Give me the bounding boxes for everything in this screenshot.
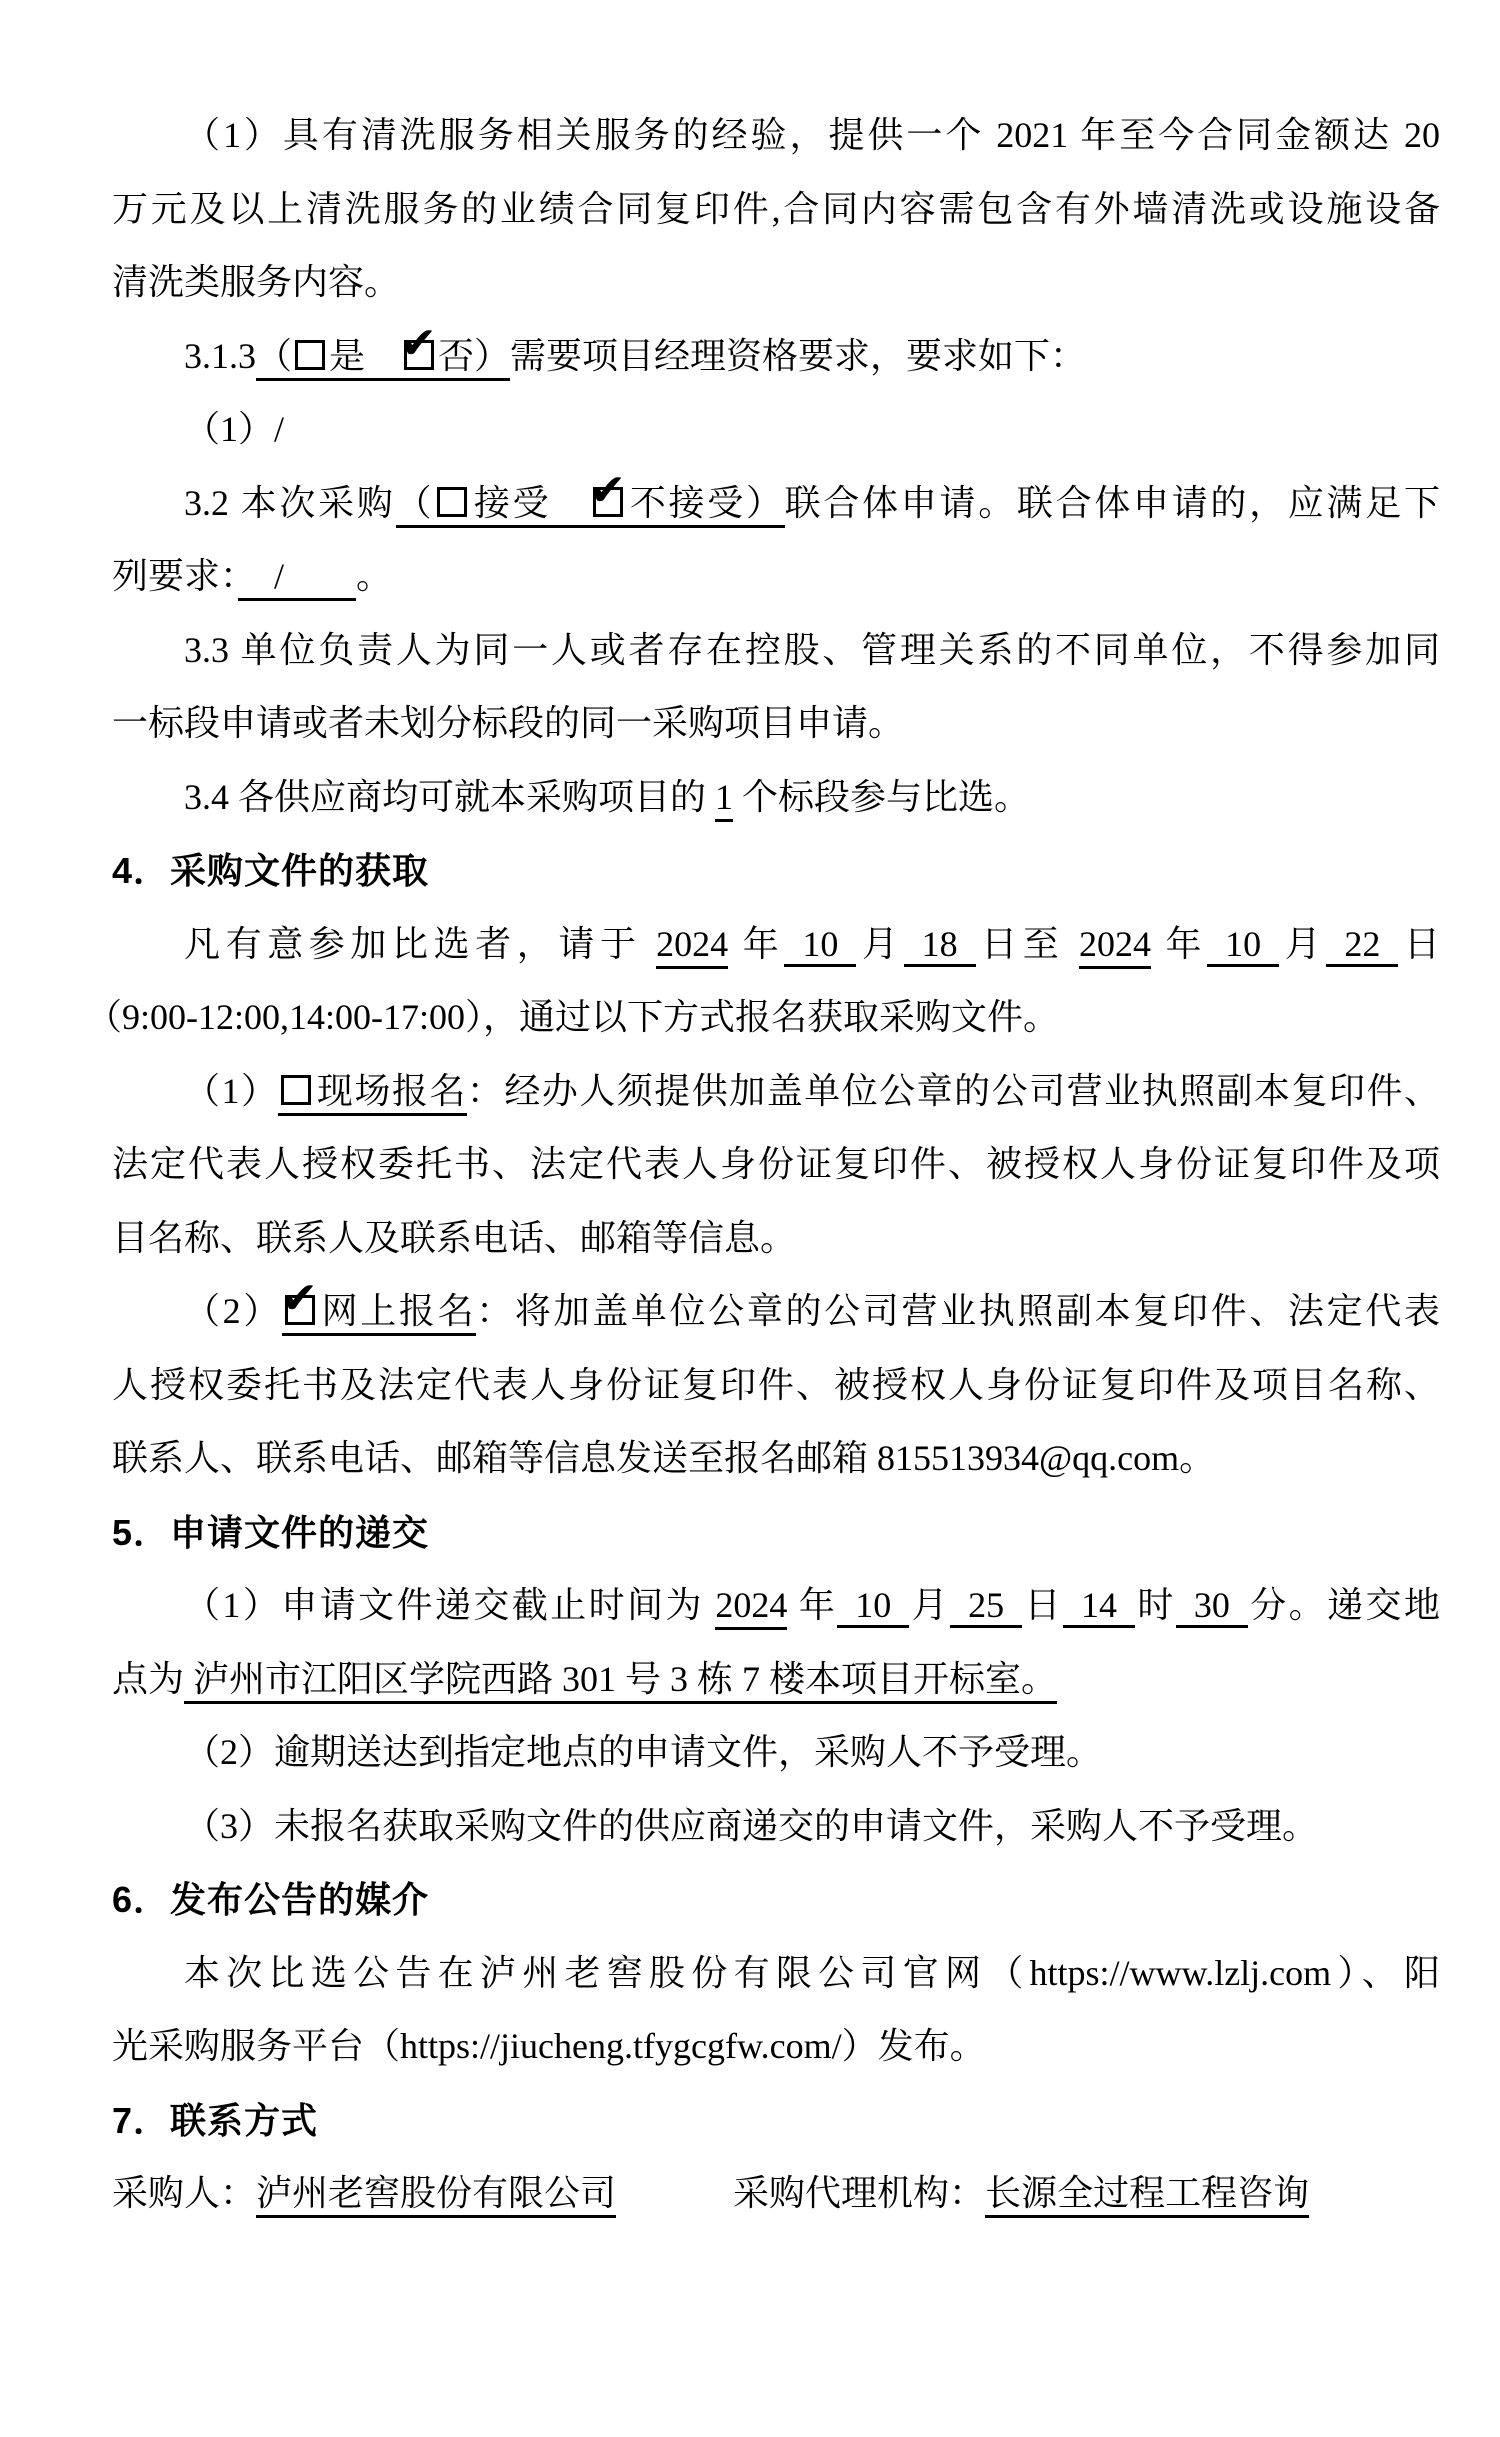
- text-run: 3.2 本次采购: [184, 483, 396, 523]
- text-line: 列要求： / 。: [112, 540, 1440, 614]
- text-line: （1）/: [112, 393, 1440, 467]
- text-line: 目名称、联系人及联系电话、邮箱等信息。: [112, 1202, 1440, 1276]
- underlined-text: 2024: [656, 924, 728, 969]
- text-run: 点为: [112, 1659, 184, 1699]
- underlined-text: ✔: [401, 336, 438, 381]
- underlined-text: [434, 483, 471, 528]
- text-run: 人授权委托书及法定代表人身份证复印件、被授权人身份证复印件及项目名称、: [112, 1365, 1440, 1405]
- text-run: 月: [1279, 924, 1326, 964]
- text-line: （1）现场报名：经办人须提供加盖单位公章的公司营业执照副本复印件、: [112, 1055, 1440, 1129]
- text-run: 年: [1151, 924, 1207, 964]
- text-line: 清洗类服务内容。: [112, 246, 1440, 320]
- underlined-text: 14: [1063, 1585, 1135, 1628]
- text-line: 联系人、联系电话、邮箱等信息发送至报名邮箱 815513934@qq.com。: [112, 1422, 1440, 1496]
- text-run: 。: [356, 556, 392, 596]
- text-run: 本次比选公告在泸州老窖股份有限公司官网（https://www.lzlj.com…: [184, 1953, 1440, 1993]
- text-run: 法定代表人授权委托书、法定代表人身份证复印件、被授权人身份证复印件及项: [112, 1144, 1440, 1184]
- text-run: 联系人、联系电话、邮箱等信息发送至报名邮箱 815513934@qq.com。: [112, 1438, 1215, 1478]
- underlined-text: ✔: [282, 1291, 319, 1336]
- text-run: 4．采购文件的获取: [112, 850, 429, 891]
- text-run: 需要项目经理资格要求，要求如下：: [510, 336, 1086, 376]
- text-line: （3）未报名获取采购文件的供应商递交的申请文件，采购人不予受理。: [112, 1790, 1440, 1864]
- text-run: 凡有意参加比选者，请于: [184, 924, 656, 964]
- text-run: （1）: [184, 1071, 278, 1111]
- text-run: 万元及以上清洗服务的业绩合同复印件,合同内容需包含有外墙清洗或设施设备: [112, 189, 1440, 229]
- text-run: 日: [1398, 924, 1440, 964]
- text-run: 5．申请文件的递交: [112, 1512, 429, 1553]
- checkbox-checked-icon: ✔: [593, 487, 623, 517]
- text-run: 3.3 单位负责人为同一人或者存在控股、管理关系的不同单位，不得参加同: [184, 630, 1440, 670]
- text-run: 日至: [976, 924, 1079, 964]
- text-line: 3.1.3（是 ✔否）需要项目经理资格要求，要求如下：: [112, 320, 1440, 394]
- text-run: 7．联系方式: [112, 2100, 318, 2141]
- underlined-text: 网上报名: [319, 1291, 476, 1336]
- check-mark-icon: ✔: [281, 1277, 318, 1321]
- text-line: 人授权委托书及法定代表人身份证复印件、被授权人身份证复印件及项目名称、: [112, 1349, 1440, 1423]
- text-run: 时: [1135, 1585, 1176, 1625]
- text-line: 3.3 单位负责人为同一人或者存在控股、管理关系的不同单位，不得参加同: [112, 614, 1440, 688]
- underlined-text: 30: [1176, 1585, 1248, 1628]
- underlined-text: 接受: [471, 483, 590, 528]
- underlined-text: 泸州市江阳区学院西路 301 号 3 栋 7 楼本项目开标室。: [184, 1659, 1057, 1704]
- checkbox-checked-icon: ✔: [404, 340, 434, 370]
- underlined-text: 长源全过程工程咨询: [985, 2173, 1309, 2218]
- text-run: 6．发布公告的媒介: [112, 1879, 429, 1920]
- text-run: ：将加盖单位公章的公司营业执照副本复印件、法定代表: [476, 1291, 1440, 1331]
- text-run: 3.1.3: [184, 336, 256, 376]
- text-run: 列要求：: [112, 556, 238, 596]
- check-mark-icon: ✔: [589, 469, 626, 513]
- checkbox-empty-icon: [437, 487, 467, 517]
- text-run: （2）: [184, 1291, 282, 1331]
- checkbox-empty-icon: [281, 1075, 311, 1105]
- text-run: 一标段申请或者未划分标段的同一采购项目申请。: [112, 703, 904, 743]
- section-heading: 6．发布公告的媒介: [112, 1863, 1440, 1937]
- text-run: 采购人：: [112, 2173, 256, 2213]
- text-run: 分。递交地: [1248, 1585, 1440, 1625]
- underlined-text: 现场报名: [315, 1071, 466, 1116]
- text-run: 个标段参与比选。: [733, 777, 1030, 817]
- checkbox-checked-icon: ✔: [285, 1295, 315, 1325]
- text-run: 目名称、联系人及联系电话、邮箱等信息。: [112, 1218, 796, 1258]
- text-run: 光采购服务平台（https://jiucheng.tfygcgfw.com/）发…: [112, 2026, 986, 2066]
- underlined-text: [278, 1071, 315, 1116]
- text-run: 联合体申请。联合体申请的，应满足下: [785, 483, 1440, 523]
- check-mark-icon: ✔: [400, 322, 437, 366]
- text-line: 凡有意参加比选者，请于 2024 年10月18日至 2024 年10月22日: [112, 908, 1440, 982]
- section-heading: 7．联系方式: [112, 2084, 1440, 2158]
- underlined-text: 22: [1326, 924, 1398, 967]
- text-line: 一标段申请或者未划分标段的同一采购项目申请。: [112, 687, 1440, 761]
- text-run: 采购代理机构：: [733, 2173, 985, 2213]
- text-line: 3.2 本次采购（接受 ✔不接受）联合体申请。联合体申请的，应满足下: [112, 467, 1440, 541]
- text-run: （3）未报名获取采购文件的供应商递交的申请文件，采购人不予受理。: [184, 1806, 1318, 1846]
- text-run: 月: [856, 924, 903, 964]
- text-line: （1）具有清洗服务相关服务的经验，提供一个 2021 年至今合同金额达 20: [112, 99, 1440, 173]
- underlined-text: [292, 336, 329, 381]
- text-run: （1）具有清洗服务相关服务的经验，提供一个 2021 年至今合同金额达 20: [184, 115, 1440, 155]
- text-line: 光采购服务平台（https://jiucheng.tfygcgfw.com/）发…: [112, 2010, 1440, 2084]
- text-line: （2）✔网上报名：将加盖单位公章的公司营业执照副本复印件、法定代表: [112, 1275, 1440, 1349]
- text-line: （1）申请文件递交截止时间为 2024 年10月25日14时30分。递交地: [112, 1569, 1440, 1643]
- underlined-text: 10: [1207, 924, 1279, 967]
- underlined-text: ✔: [590, 483, 627, 528]
- document-page: （1）具有清洗服务相关服务的经验，提供一个 2021 年至今合同金额达 20万元…: [0, 0, 1500, 2437]
- underlined-text: 10: [784, 924, 856, 967]
- text-line: 万元及以上清洗服务的业绩合同复印件,合同内容需包含有外墙清洗或设施设备: [112, 173, 1440, 247]
- underlined-text: 是: [329, 336, 401, 381]
- underlined-text: /: [238, 556, 356, 601]
- underlined-text: 18: [904, 924, 976, 967]
- underlined-text: 否）: [438, 336, 510, 381]
- underlined-text: 2024: [715, 1585, 787, 1630]
- checkbox-empty-icon: [295, 340, 325, 370]
- text-run: [616, 2173, 733, 2213]
- underlined-text: 不接受）: [627, 483, 785, 528]
- text-line: 本次比选公告在泸州老窖股份有限公司官网（https://www.lzlj.com…: [112, 1937, 1440, 2011]
- underlined-text: 1: [715, 777, 733, 822]
- text-line: 采购人：泸州老窖股份有限公司 采购代理机构：长源全过程工程咨询: [112, 2157, 1440, 2231]
- text-run: （1）/: [184, 409, 284, 449]
- underlined-text: 泸州老窖股份有限公司: [256, 2173, 616, 2218]
- text-run: 日: [1022, 1585, 1063, 1625]
- text-run: （2）逾期送达到指定地点的申请文件，采购人不予受理。: [184, 1732, 1102, 1772]
- underlined-text: （: [396, 483, 435, 528]
- text-line: （2）逾期送达到指定地点的申请文件，采购人不予受理。: [112, 1716, 1440, 1790]
- text-line: （9:00-12:00,14:00-17:00），通过以下方式报名获取采购文件。: [86, 981, 1440, 1055]
- underlined-text: 2024: [1079, 924, 1151, 969]
- document-content: （1）具有清洗服务相关服务的经验，提供一个 2021 年至今合同金额达 20万元…: [112, 99, 1440, 2231]
- text-line: 法定代表人授权委托书、法定代表人身份证复印件、被授权人身份证复印件及项: [112, 1128, 1440, 1202]
- text-run: 清洗类服务内容。: [112, 262, 400, 302]
- underlined-text: （: [256, 336, 292, 381]
- text-run: 年: [728, 924, 784, 964]
- text-run: ：经办人须提供加盖单位公章的公司营业执照副本复印件、: [467, 1071, 1440, 1111]
- text-line: 点为 泸州市江阳区学院西路 301 号 3 栋 7 楼本项目开标室。: [112, 1643, 1440, 1717]
- text-run: 年: [787, 1585, 837, 1625]
- section-heading: 5．申请文件的递交: [112, 1496, 1440, 1570]
- text-run: （1）申请文件递交截止时间为: [184, 1585, 715, 1625]
- text-run: 月: [909, 1585, 950, 1625]
- underlined-text: 25: [950, 1585, 1022, 1628]
- underlined-text: 10: [837, 1585, 909, 1628]
- section-heading: 4．采购文件的获取: [112, 834, 1440, 908]
- text-run: （9:00-12:00,14:00-17:00），通过以下方式报名获取采购文件。: [86, 997, 1059, 1037]
- text-run: 3.4 各供应商均可就本采购项目的: [184, 777, 715, 817]
- text-line: 3.4 各供应商均可就本采购项目的 1 个标段参与比选。: [112, 761, 1440, 835]
